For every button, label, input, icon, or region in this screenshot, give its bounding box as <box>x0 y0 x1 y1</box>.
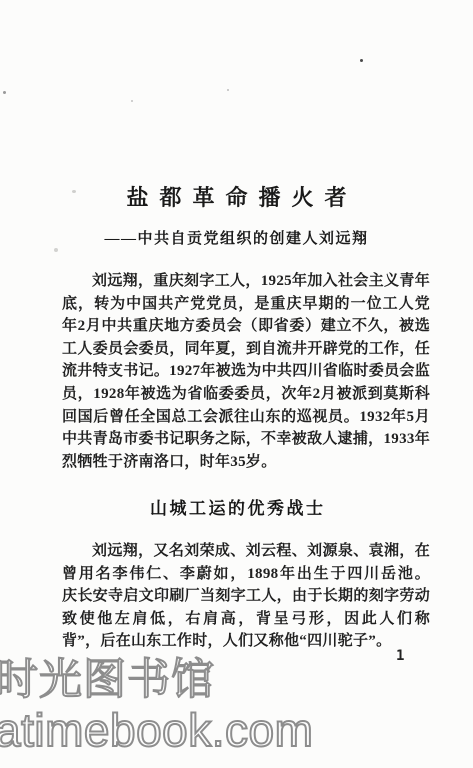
text-line: 庆长安寺启文印刷厂当刻字工人，由于长期的刻字劳动习惯， <box>62 585 430 608</box>
scan-speck <box>227 89 229 91</box>
watermark-domain: atimebook.com <box>0 705 313 755</box>
chapter-title: 盐都革命播火者 <box>0 181 473 212</box>
text-line: 员，1928年被选为省临委委员，次年2月被派到莫斯科学习， <box>62 383 430 406</box>
book-page: 盐都革命播火者 ——中共自贡党组织的创建人刘远翔 刘远翔，重庆刻字工人，1925… <box>0 0 473 768</box>
paragraph-early-life: 刘远翔，又名刘荣成、刘云程、刘源泉、袁湘，在山东时 曾用名李伟仁、李蔚如，189… <box>62 540 430 653</box>
chapter-subtitle: ——中共自贡党组织的创建人刘远翔 <box>0 227 473 248</box>
scan-speck <box>3 91 6 94</box>
text-line: 工人委员会委员，同年夏，到自流井开辟党的工作，任中共自 <box>62 338 430 361</box>
scan-speck <box>54 248 58 252</box>
text-line: 回国后曾任全国总工会派往山东的巡视员。1932年5月在接替 <box>62 406 430 429</box>
text-line: 背”，后在山东工作时，人们又称他“四川驼子”。 <box>62 630 430 653</box>
scan-speck <box>360 59 363 62</box>
text-line: 刘远翔，重庆刻字工人，1925年加入社会主义青年团，年 <box>62 270 430 293</box>
text-line: 流井特支书记。1927年被选为中共四川省临时委员会监察委 <box>62 360 430 383</box>
text-line: 底，转为中国共产党党员，是重庆早期的一位工人党员。1926 <box>62 293 430 316</box>
text-line: 致使他左肩低，右肩高，背呈弓形，因此人们称他：“刘驼 <box>62 608 430 631</box>
scan-speck <box>72 190 76 193</box>
paragraph-biography-summary: 刘远翔，重庆刻字工人，1925年加入社会主义青年团，年 底，转为中国共产党党员，… <box>62 270 430 473</box>
scan-speck <box>131 100 133 102</box>
text-line: 年2月中共重庆地方委员会（即省委）建立不久，被选为地委 <box>62 315 430 338</box>
page-number: 1 <box>396 648 404 664</box>
text-line: 曾用名李伟仁、李蔚如，1898年出生于四川岳池。1924年在重 <box>62 563 430 586</box>
text-line: 中共青岛市委书记职务之际，不幸被敌人逮捕，1933年8日壮 <box>62 428 430 451</box>
text-line: 刘远翔，又名刘荣成、刘云程、刘源泉、袁湘，在山东时 <box>62 540 430 563</box>
watermark: 时光图书馆 atimebook.com <box>0 655 313 755</box>
text-line: 烈牺牲于济南洛口，时年35岁。 <box>62 451 430 474</box>
watermark-library-name: 时光图书馆 <box>0 655 313 705</box>
section-heading: 山城工运的优秀战士 <box>0 494 473 519</box>
